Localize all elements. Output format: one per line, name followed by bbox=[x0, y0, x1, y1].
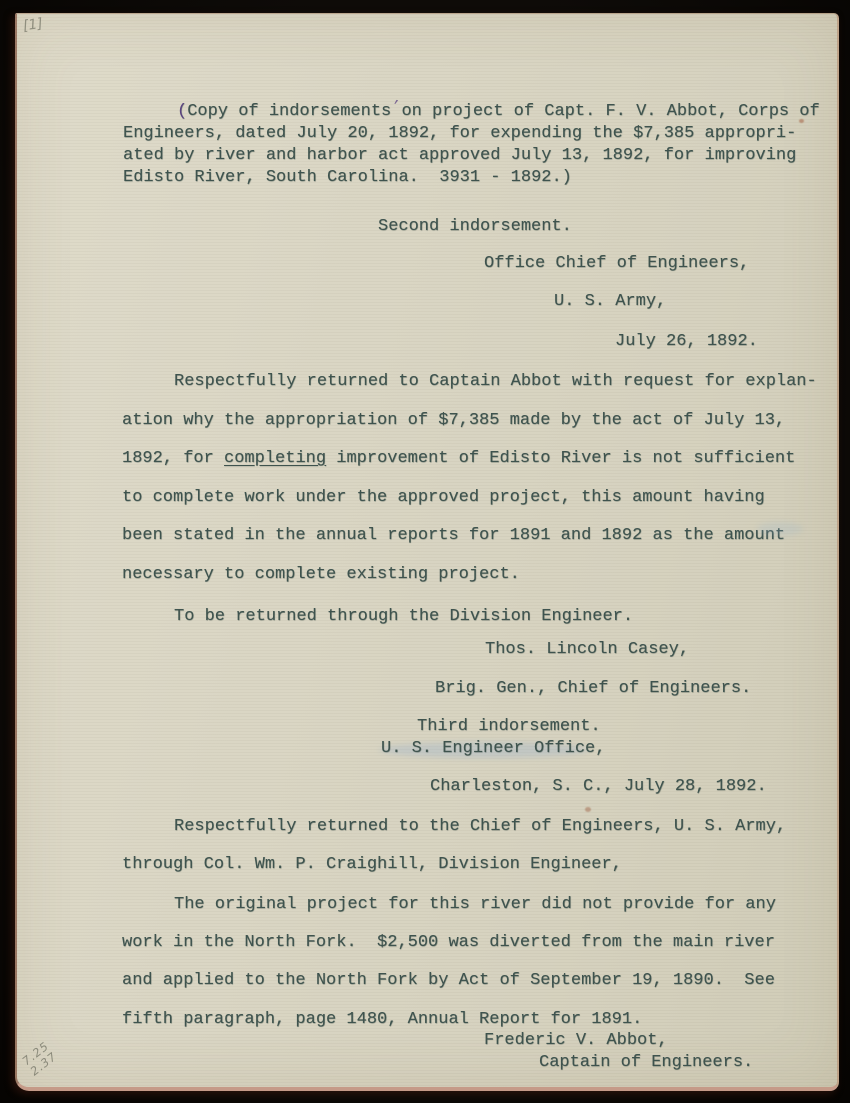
third-signature-name: Frederic V. Abbot, bbox=[484, 1030, 668, 1052]
pencil-note: 7.25 2.37 bbox=[20, 1040, 59, 1079]
underlined-word-completing: completing bbox=[224, 449, 326, 468]
second-signature-name: Thos. Lincoln Casey, bbox=[485, 639, 689, 661]
third-indorsement-office: U. S. Engineer Office, bbox=[381, 738, 605, 760]
second-body-line-1: Respectfully returned to Captain Abbot w… bbox=[174, 371, 817, 393]
third-indorsement-place-date: Charleston, S. C., July 28, 1892. bbox=[430, 776, 767, 798]
opening-note-line-4: Edisto River, South Carolina. 3931 - 189… bbox=[123, 167, 572, 189]
third-signature-title: Captain of Engineers. bbox=[539, 1052, 753, 1074]
second-indorsement-office: Office Chief of Engineers, bbox=[484, 253, 749, 275]
opening-note-line-1: (Copy of indorsements on project of Capt… bbox=[177, 101, 820, 123]
rust-speck bbox=[799, 119, 804, 123]
third-body2-line-4: fifth paragraph, page 1480, Annual Repor… bbox=[122, 1009, 642, 1031]
third-body1-line-2: through Col. Wm. P. Craighill, Division … bbox=[122, 854, 622, 876]
third-indorsement-title: Third indorsement. bbox=[417, 716, 601, 738]
second-body-line-3: 1892, for completing improvement of Edis… bbox=[122, 448, 795, 470]
second-indorsement-date: July 26, 1892. bbox=[615, 331, 758, 353]
second-body-line-6: necessary to complete existing project. bbox=[122, 564, 520, 586]
pencil-page-number: [1] bbox=[22, 16, 44, 35]
third-body2-line-3: and applied to the North Fork by Act of … bbox=[122, 970, 775, 992]
second-indorsement-title: Second indorsement. bbox=[378, 216, 572, 238]
opening-note-line-1-text: Copy of indorsements on project of Capt.… bbox=[187, 102, 820, 121]
second-body-line-2: ation why the appropriation of $7,385 ma… bbox=[122, 410, 785, 432]
scanned-document-page: { "annotations": { "page_label": "[1]", … bbox=[0, 0, 850, 1103]
second-indorsement-branch: U. S. Army, bbox=[554, 291, 666, 313]
opening-note-line-3: ated by river and harbor act approved Ju… bbox=[123, 145, 796, 167]
blue-smudge bbox=[757, 522, 803, 536]
rust-speck bbox=[585, 807, 591, 812]
opening-note-line-2: Engineers, dated July 20, 1892, for expe… bbox=[123, 123, 796, 145]
third-body2-line-1: The original project for this river did … bbox=[174, 894, 776, 916]
second-routing-line: To be returned through the Division Engi… bbox=[174, 606, 633, 628]
second-body-line-4: to complete work under the approved proj… bbox=[122, 487, 765, 509]
second-signature-title: Brig. Gen., Chief of Engineers. bbox=[435, 678, 751, 700]
paper-sheet: [1] (Copy of indorsements on project of … bbox=[15, 13, 839, 1091]
second-body-line-5: been stated in the annual reports for 18… bbox=[122, 525, 785, 547]
third-body2-line-2: work in the North Fork. $2,500 was diver… bbox=[122, 932, 775, 954]
third-body1-line-1: Respectfully returned to the Chief of En… bbox=[174, 816, 786, 838]
handwritten-paren: ( bbox=[177, 102, 187, 121]
